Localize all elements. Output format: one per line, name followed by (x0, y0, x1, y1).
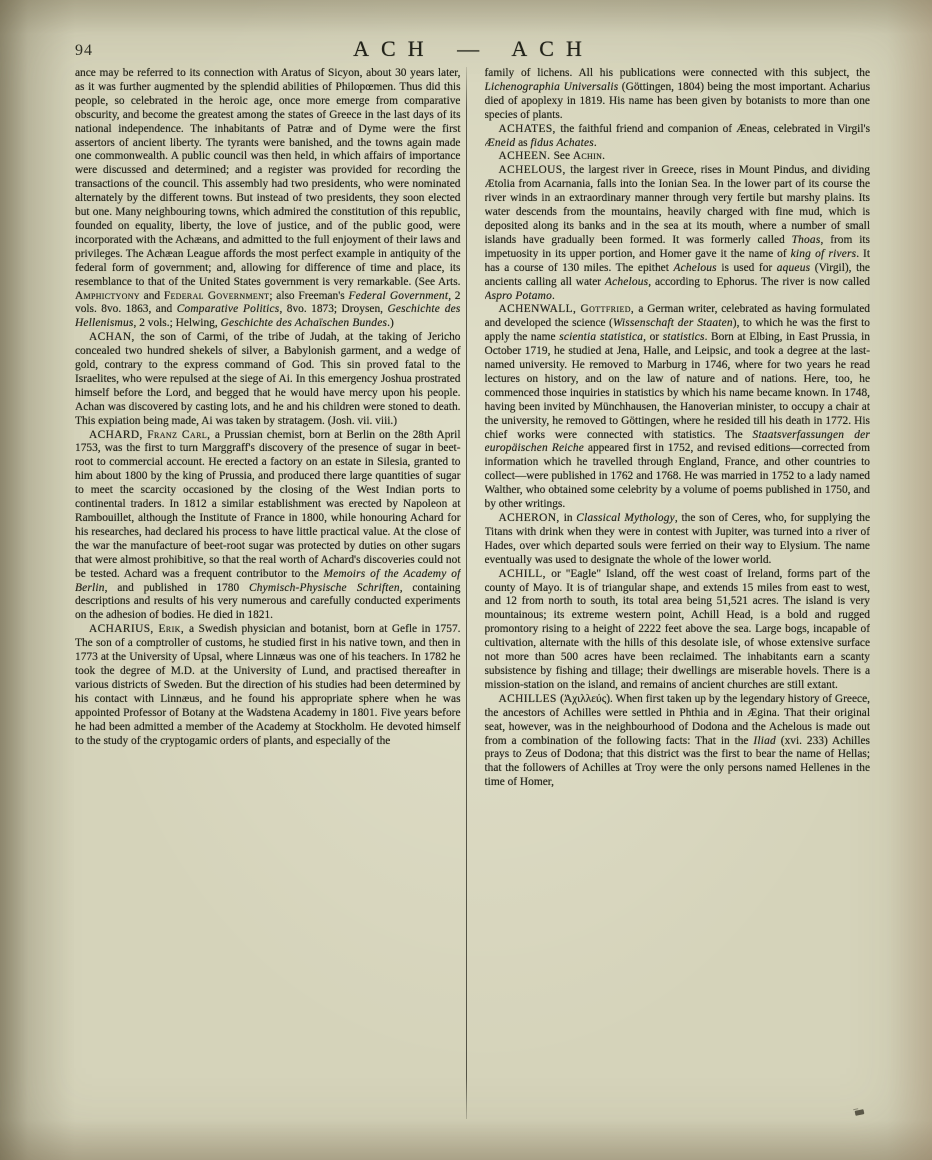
paragraph: ACHARD, Franz Carl, a Prussian chemist, … (75, 429, 461, 624)
paragraph: ACHILL, or "Eagle" Island, off the west … (485, 568, 871, 693)
paragraph: ACHERON, in Classical Mythology, the son… (485, 512, 871, 568)
paragraph: ACHARIUS, Erik, a Swedish physician and … (75, 623, 461, 748)
page-header: 94 ACH — ACH (75, 36, 872, 66)
entry-headword: ACHARIUS, Erik, (89, 623, 189, 635)
paragraph: ACHELOUS, the largest river in Greece, r… (485, 164, 871, 303)
entry-headword: ACHILL, (499, 568, 552, 580)
paragraph: family of lichens. All his publications … (485, 67, 871, 123)
entry-headword: ACHEEN. (499, 150, 554, 162)
paragraph: ACHENWALL, Gottfried, a German writer, c… (485, 303, 871, 512)
entry-headword: ACHELOUS, (499, 164, 571, 176)
running-title: ACH — ACH (75, 36, 872, 62)
scanned-page: 94 ACH — ACH ance may be referred to its… (0, 0, 932, 1160)
paragraph: ance may be referred to its connection w… (75, 67, 461, 331)
text-block: ance may be referred to its connection w… (75, 67, 870, 1139)
entry-headword: ACHATES, (499, 123, 561, 135)
paragraph: ACHATES, the faithful friend and compani… (485, 123, 871, 151)
paragraph: ACHAN, the son of Carmi, of the tribe of… (75, 331, 461, 428)
right-column: family of lichens. All his publications … (485, 67, 871, 1139)
entry-headword: ACHENWALL, Gottfried, (499, 303, 639, 315)
entry-headword: ACHILLES (499, 693, 561, 705)
entry-headword: ACHAN, (89, 331, 141, 343)
paragraph: ACHEEN. See Achin. (485, 150, 871, 164)
entry-headword: ACHERON, (499, 512, 564, 524)
left-column: ance may be referred to its connection w… (75, 67, 461, 1139)
entry-headword: ACHARD, Franz Carl, (89, 429, 215, 441)
paragraph: ACHILLES (Ἀχιλλεύς). When first taken up… (485, 693, 871, 790)
